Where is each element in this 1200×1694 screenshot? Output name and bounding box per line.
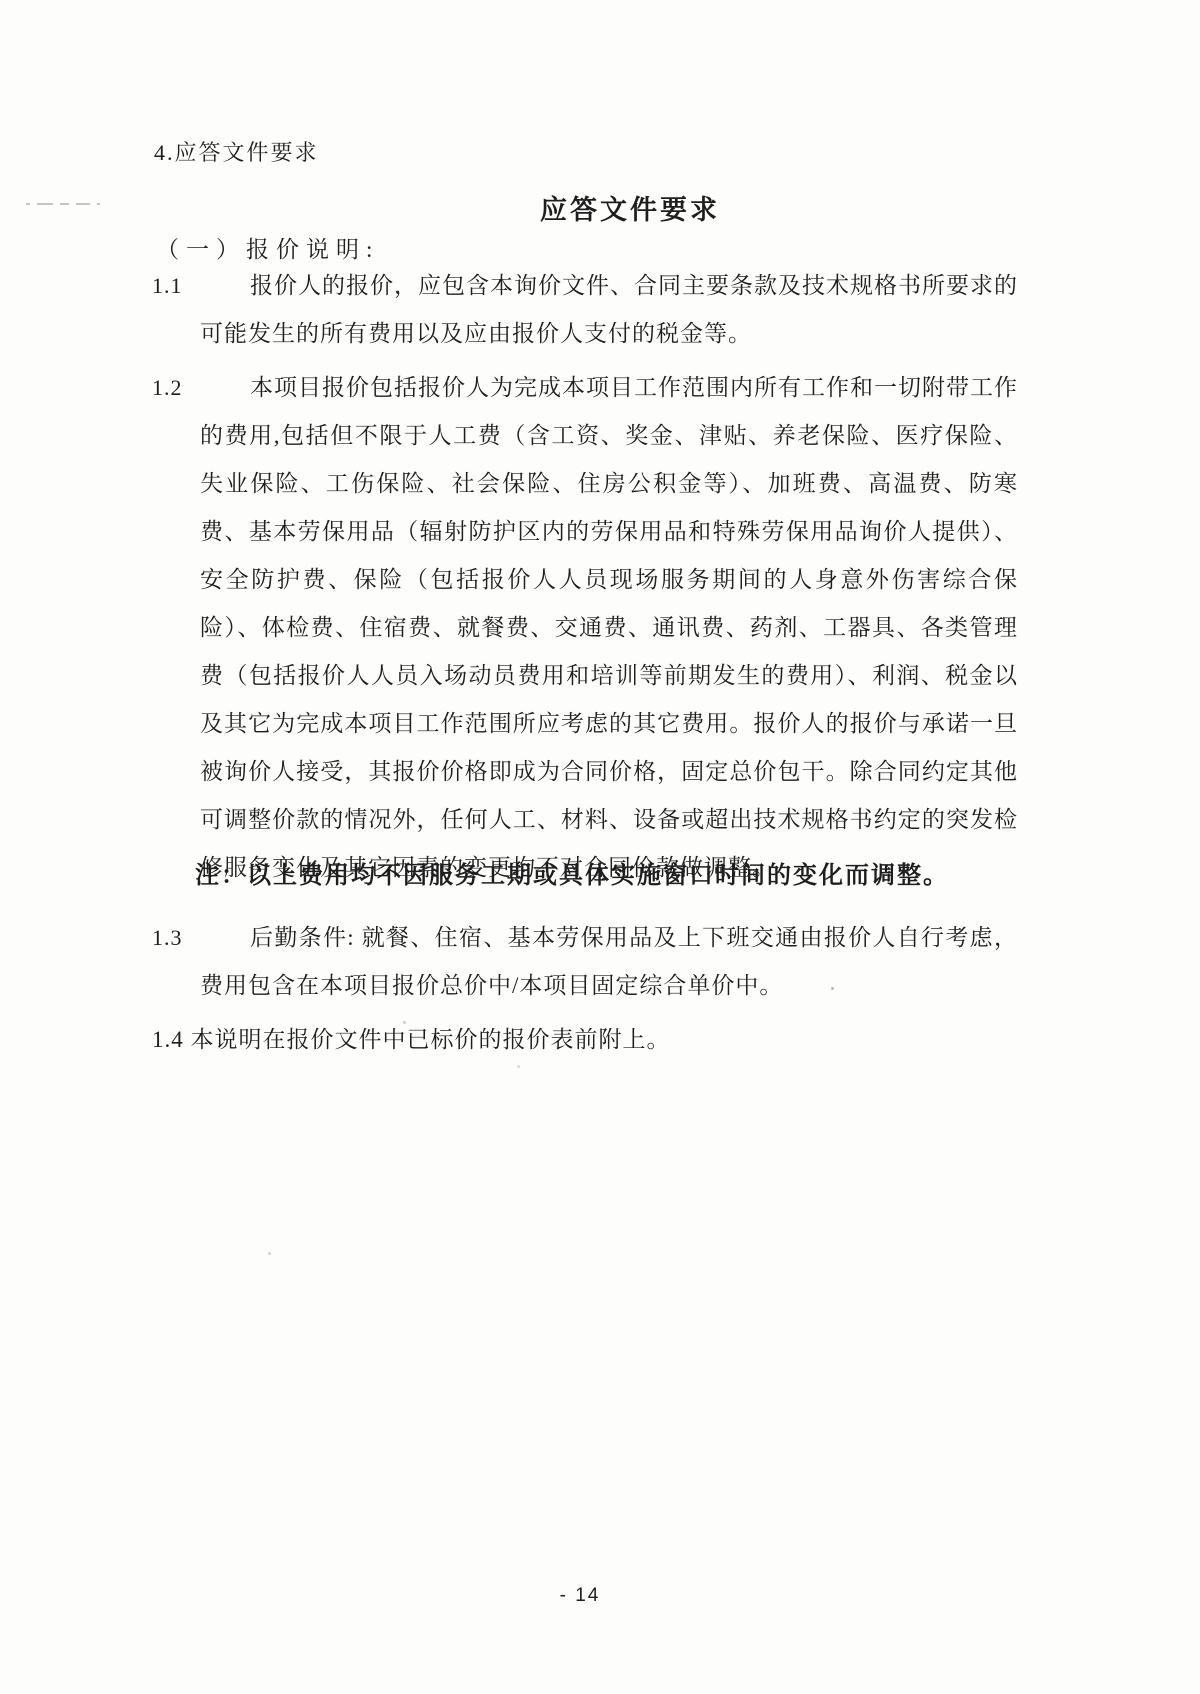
item-1-2-number: 1.2: [152, 364, 183, 412]
note-bold-line: 注：以上费用均不因服务工期或具体实施窗口时间的变化而调整。: [195, 852, 1025, 900]
document-page: 4.应答文件要求 应答文件要求 （一）报价说明: 1.1 报价人的报价，应包含本…: [0, 0, 1200, 1694]
item-1-1-text: 报价人的报价，应包含本询价文件、合同主要条款及技术规格书所要求的可能发生的所有费…: [200, 262, 1018, 358]
scan-speck: [268, 1252, 271, 1255]
page-number: - 14: [0, 1585, 1160, 1607]
section-heading: 4.应答文件要求: [154, 136, 319, 167]
item-1-3-text: 后勤条件: 就餐、住宿、基本劳保用品及上下班交通由报价人自行考虑，费用包含在本项…: [200, 914, 1018, 1010]
item-1-1-number: 1.1: [152, 262, 183, 310]
scan-speck: [517, 1065, 520, 1068]
item-1-4-text: 1.4 本说明在报价文件中已标价的报价表前附上。: [152, 1016, 1032, 1064]
scan-artifact-dashes: [26, 203, 116, 205]
item-1-3-number: 1.3: [152, 914, 183, 962]
page-title: 应答文件要求: [150, 188, 1110, 227]
item-1-2-text: 本项目报价包括报价人为完成本项目工作范围内所有工作和一切附带工作的费用,包括但不…: [200, 364, 1018, 892]
subsection-heading: （一）报价说明:: [156, 231, 379, 264]
